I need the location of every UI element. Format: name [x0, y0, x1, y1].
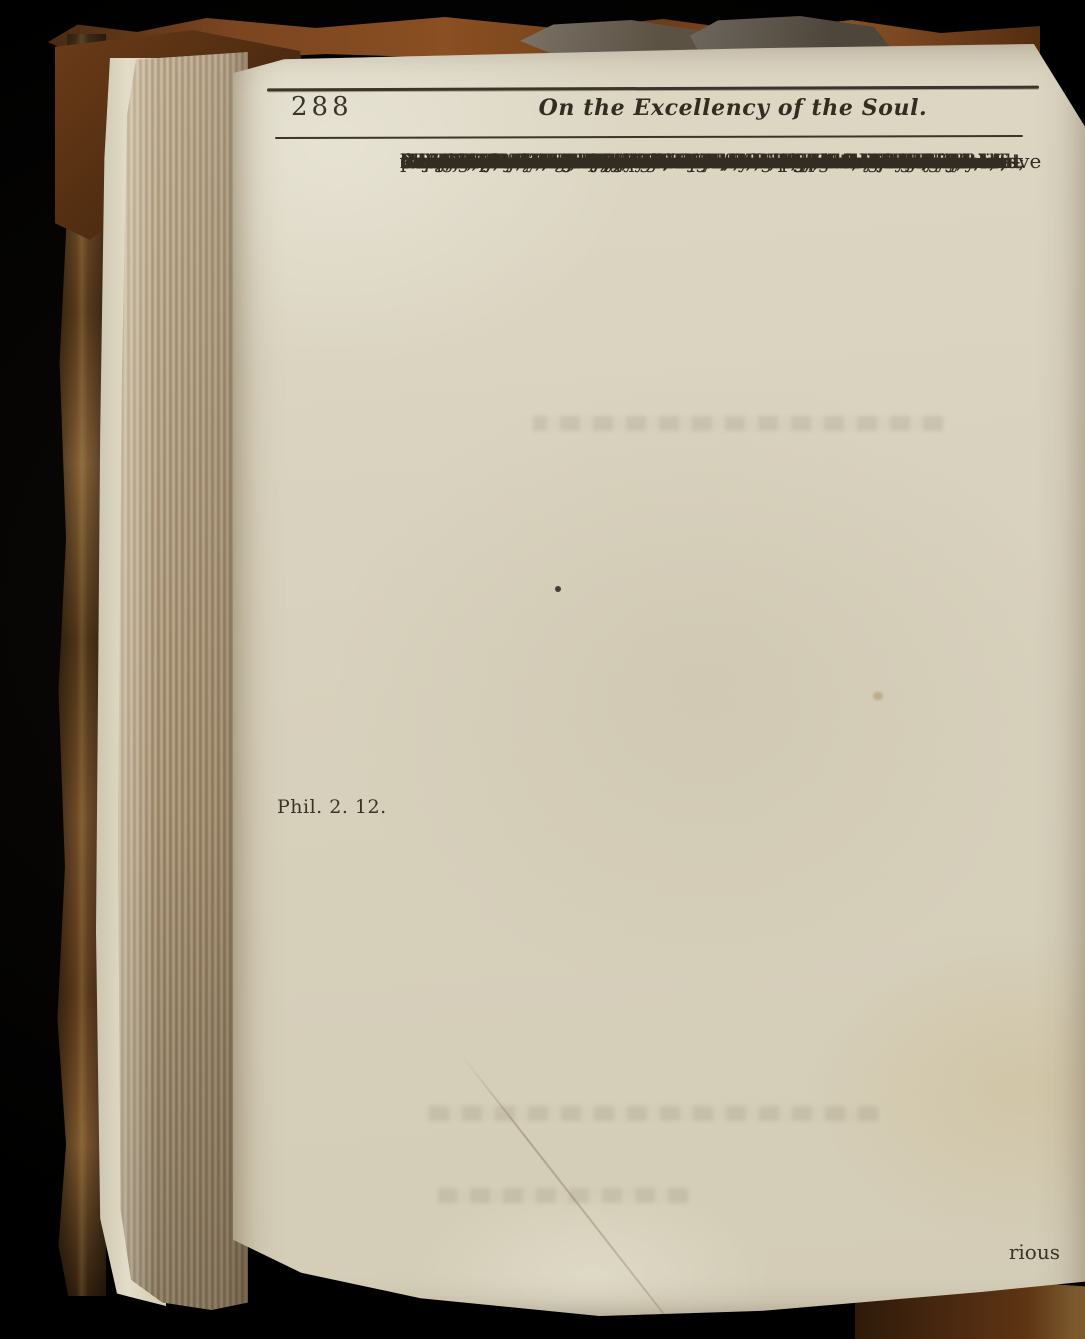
body-text-segment: from it, that doth not ſee into the glo-	[400, 147, 798, 177]
verso-show-through	[428, 1106, 878, 1121]
book-scan: 288 On the Excellency of the Soul. Phil.…	[0, 0, 1085, 1339]
book-page: 288 On the Excellency of the Soul. Phil.…	[233, 44, 1085, 1316]
ink-speck	[555, 586, 561, 592]
header-rule-top	[267, 86, 1039, 92]
margin-note: Phil. 2. 12.	[277, 796, 393, 818]
header-rule-bottom	[275, 135, 1023, 139]
page-block-fore-edge	[118, 52, 248, 1310]
catchword: rious	[400, 1240, 1060, 1264]
page-number: 288	[291, 92, 353, 122]
running-title: On the Excellency of the Soul.	[423, 95, 1043, 121]
verso-show-through	[438, 1188, 688, 1203]
paper-stain	[873, 692, 883, 700]
verso-show-through	[533, 416, 943, 431]
